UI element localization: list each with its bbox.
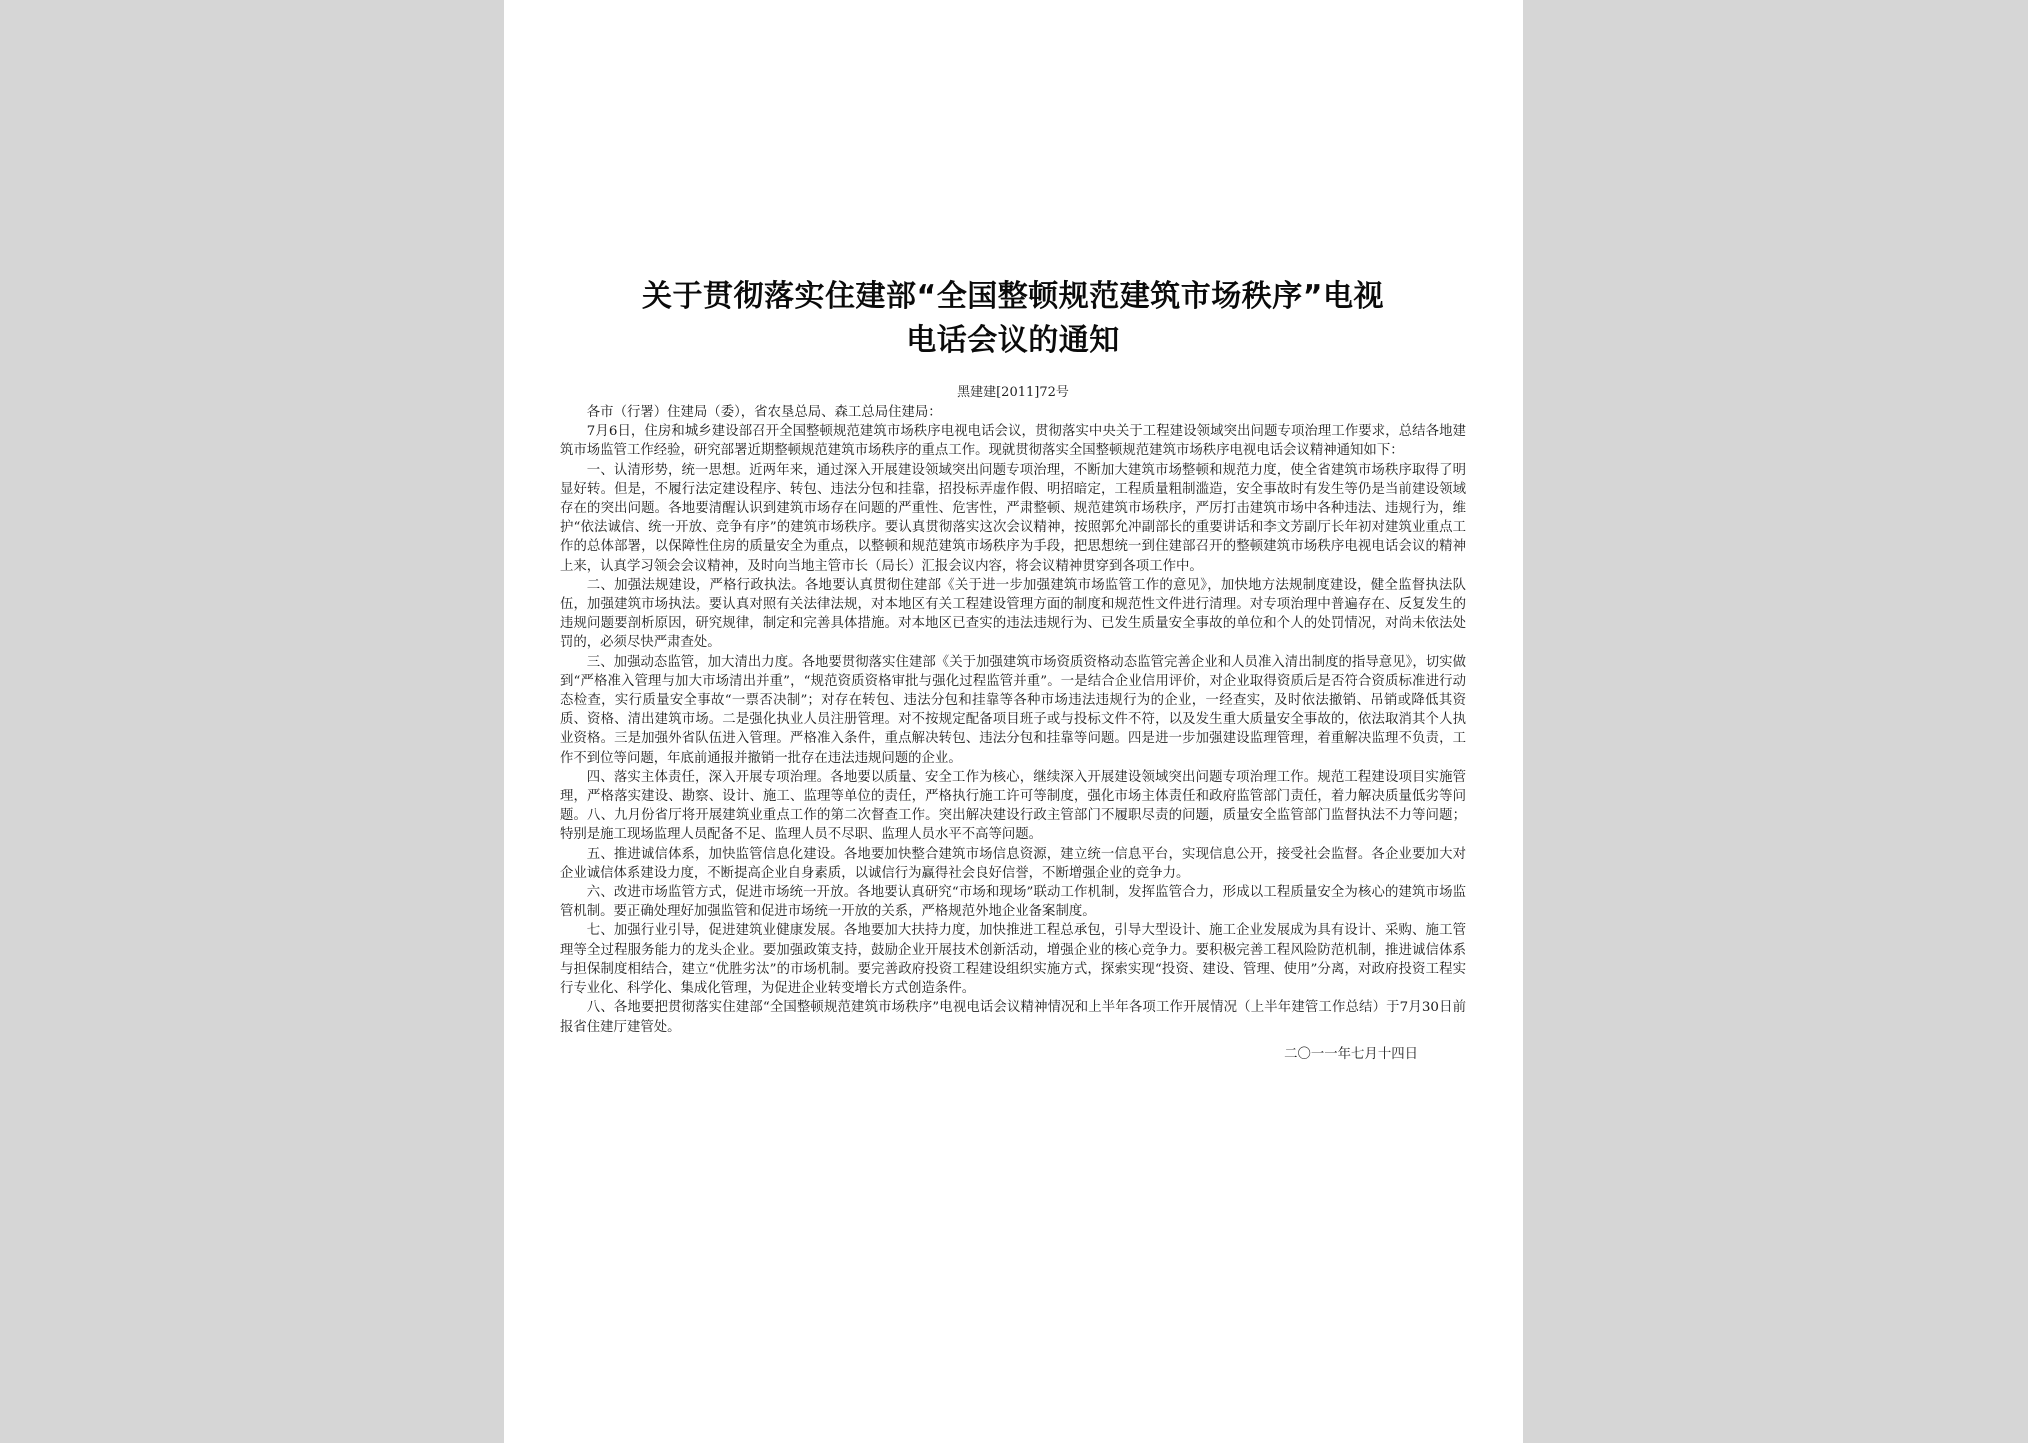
- document-number: 黑建建[2011]72号: [560, 383, 1466, 403]
- intro-paragraph: 7月6日，住房和城乡建设部召开全国整顿规范建筑市场秩序电视电话会议，贯彻落实中央…: [560, 422, 1466, 460]
- paragraph-8: 八、各地要把贯彻落实住建部“全国整顿规范建筑市场秩序”电视电话会议精神情况和上半…: [560, 998, 1466, 1036]
- document-date: 二〇一一年七月十四日: [560, 1045, 1466, 1065]
- salutation: 各市（行署）住建局（委），省农垦总局、森工总局住建局：: [560, 403, 1466, 422]
- title-line-2: 电话会议的通知: [560, 319, 1466, 363]
- paragraph-2: 二、加强法规建设，严格行政执法。各地要认真贯彻住建部《关于进一步加强建筑市场监管…: [560, 576, 1466, 653]
- paragraph-7: 七、加强行业引导，促进建筑业健康发展。各地要加大扶持力度，加快推进工程总承包，引…: [560, 921, 1466, 998]
- paragraph-1: 一、认清形势，统一思想。近两年来，通过深入开展建设领域突出问题专项治理，不断加大…: [560, 461, 1466, 576]
- document-content: 关于贯彻落实住建部“全国整顿规范建筑市场秩序”电视 电话会议的通知 黑建建[20…: [560, 275, 1466, 1065]
- paragraph-6: 六、改进市场监管方式，促进市场统一开放。各地要认真研究“市场和现场”联动工作机制…: [560, 883, 1466, 921]
- document-page: 关于贯彻落实住建部“全国整顿规范建筑市场秩序”电视 电话会议的通知 黑建建[20…: [504, 0, 1523, 1443]
- paragraph-5: 五、推进诚信体系，加快监管信息化建设。各地要加快整合建筑市场信息资源，建立统一信…: [560, 845, 1466, 883]
- paragraph-3: 三、加强动态监管，加大清出力度。各地要贯彻落实住建部《关于加强建筑市场资质资格动…: [560, 653, 1466, 768]
- title-line-1: 关于贯彻落实住建部“全国整顿规范建筑市场秩序”电视: [560, 275, 1466, 319]
- document-body: 各市（行署）住建局（委），省农垦总局、森工总局住建局： 7月6日，住房和城乡建设…: [560, 403, 1466, 1037]
- paragraph-4: 四、落实主体责任，深入开展专项治理。各地要以质量、安全工作为核心，继续深入开展建…: [560, 768, 1466, 845]
- document-title: 关于贯彻落实住建部“全国整顿规范建筑市场秩序”电视 电话会议的通知: [560, 275, 1466, 363]
